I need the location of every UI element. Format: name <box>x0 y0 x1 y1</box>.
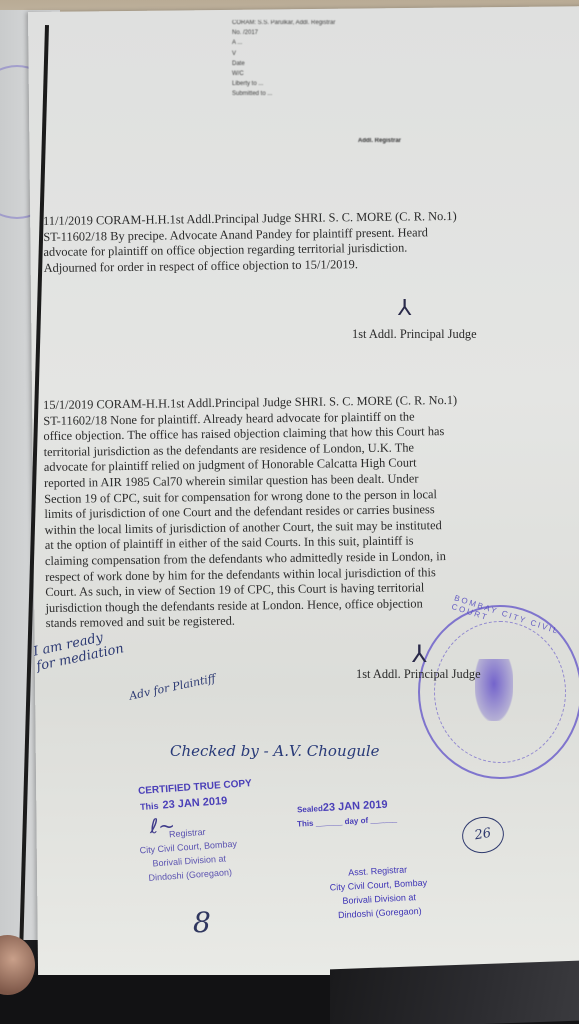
court-seal-stamp: BOMBAY CITY CIVIL COURT <box>418 605 579 779</box>
header-signatory: Addl. Registrar <box>358 138 401 144</box>
handwritten-checked-by: Checked by - A.V. Chougule <box>170 742 380 760</box>
header-line: No. /2017 <box>232 28 452 38</box>
header-line: W/C <box>232 69 452 79</box>
judge-signatory-1: 1st Addl. Principal Judge <box>352 327 477 342</box>
header-block: CORAM: S.S. Parulkar, Addl. Registrar No… <box>232 18 452 100</box>
judge-signature-1: ⅄ <box>398 296 411 321</box>
header-line: A ... <box>232 38 452 48</box>
header-line: Date <box>232 59 452 69</box>
asst-registrar-block: Asst. Registrar City Civil Court, Bombay… <box>329 861 429 922</box>
order-entry-2: 15/1/2019 CORAM-H.H.1st Addl.Principal J… <box>43 392 566 632</box>
header-line: V <box>232 49 452 59</box>
header-line: CORAM: S.S. Parulkar, Addl. Registrar <box>232 18 452 28</box>
order-entry-1: 11/1/2019 CORAM-H.H.1st Addl.Principal J… <box>43 208 564 277</box>
table-surface-reflection <box>330 961 579 1024</box>
header-line: Submitted to ... <box>232 89 452 99</box>
registrar-signature: ℓ~ <box>150 814 175 838</box>
judge-signatory-2: 1st Addl. Principal Judge <box>356 667 481 682</box>
judge-signature-2: ⅄ <box>412 640 427 668</box>
header-line: Liberty to ... <box>232 79 452 89</box>
handwritten-page-number: 8 <box>193 906 211 939</box>
